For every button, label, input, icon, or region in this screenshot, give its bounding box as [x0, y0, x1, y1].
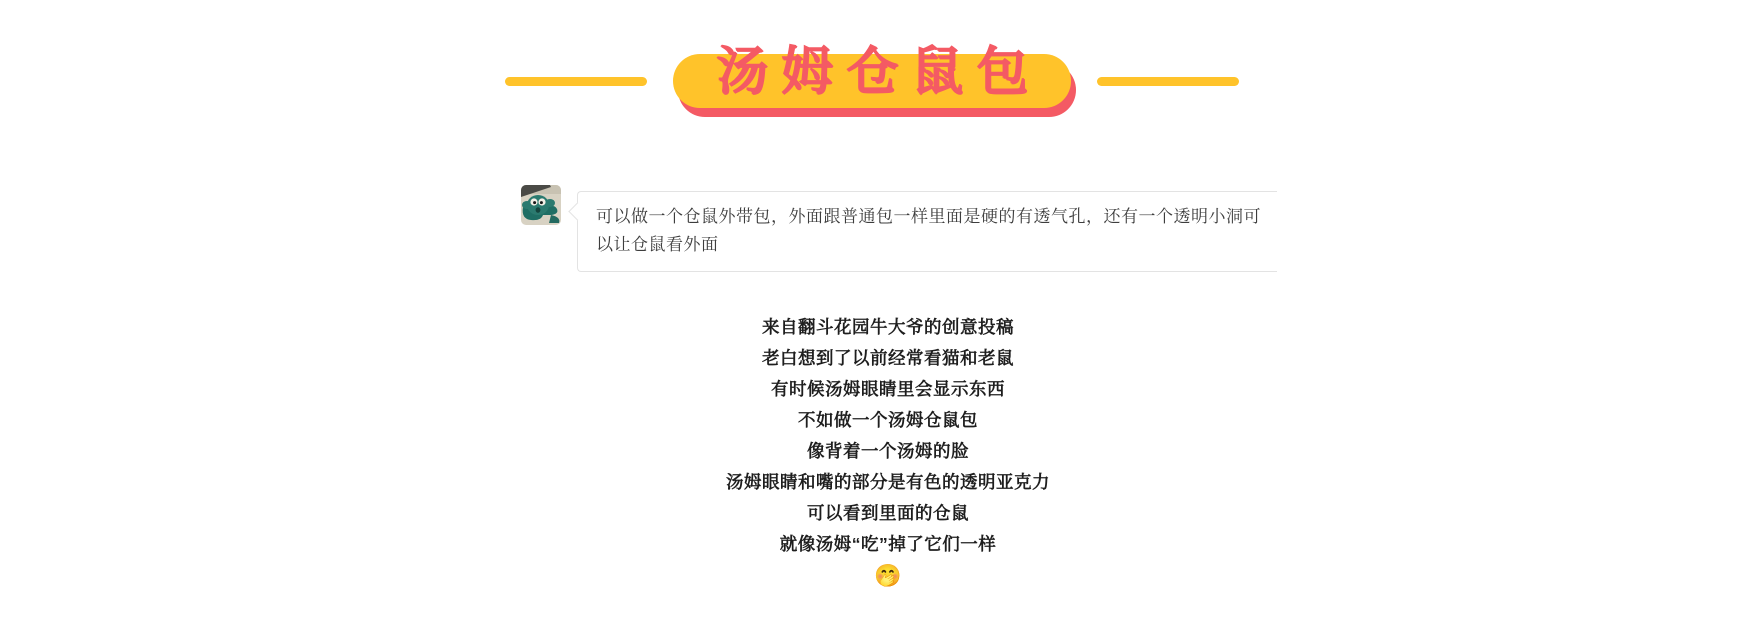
hand-over-mouth-emoji: 🤭 [308, 562, 1468, 590]
poem-line: 不如做一个汤姆仓鼠包 [308, 405, 1468, 436]
poem-line: 像背着一个汤姆的脸 [308, 436, 1468, 467]
poem-line: 汤姆眼睛和嘴的部分是有色的透明亚克力 [308, 467, 1468, 498]
poem-line: 老白想到了以前经常看猫和老鼠 [308, 343, 1468, 374]
avatar [521, 185, 561, 225]
poem-line: 有时候汤姆眼睛里会显示东西 [308, 374, 1468, 405]
poem-line: 来自翻斗花园牛大爷的创意投稿 [308, 312, 1468, 343]
title-pill: 汤姆仓鼠包 [673, 54, 1071, 108]
poem-block: 来自翻斗花园牛大爷的创意投稿 老白想到了以前经常看猫和老鼠 有时候汤姆眼睛里会显… [308, 312, 1468, 590]
quote-row: 可以做一个仓鼠外带包，外面跟普通包一样里面是硬的有透气孔，还有一个透明小洞可以让… [521, 185, 1452, 272]
title-banner: 汤姆仓鼠包 [292, 44, 1452, 118]
teal-clay-figure-avatar-image [521, 185, 561, 225]
poem-line: 可以看到里面的仓鼠 [308, 498, 1468, 529]
poem-line: 就像汤姆“吃”掉了它们一样 [308, 529, 1468, 560]
right-accent-line [1097, 77, 1239, 86]
page-title: 汤姆仓鼠包 [703, 46, 1041, 98]
quote-text: 可以做一个仓鼠外带包，外面跟普通包一样里面是硬的有透气孔，还有一个透明小洞可以让… [596, 207, 1261, 254]
quote-bubble: 可以做一个仓鼠外带包，外面跟普通包一样里面是硬的有透气孔，还有一个透明小洞可以让… [577, 191, 1277, 272]
left-accent-line [505, 77, 647, 86]
article-content: 汤姆仓鼠包 可以做一个仓鼠外带包，外面跟普通包一样里面是 [292, 0, 1452, 590]
